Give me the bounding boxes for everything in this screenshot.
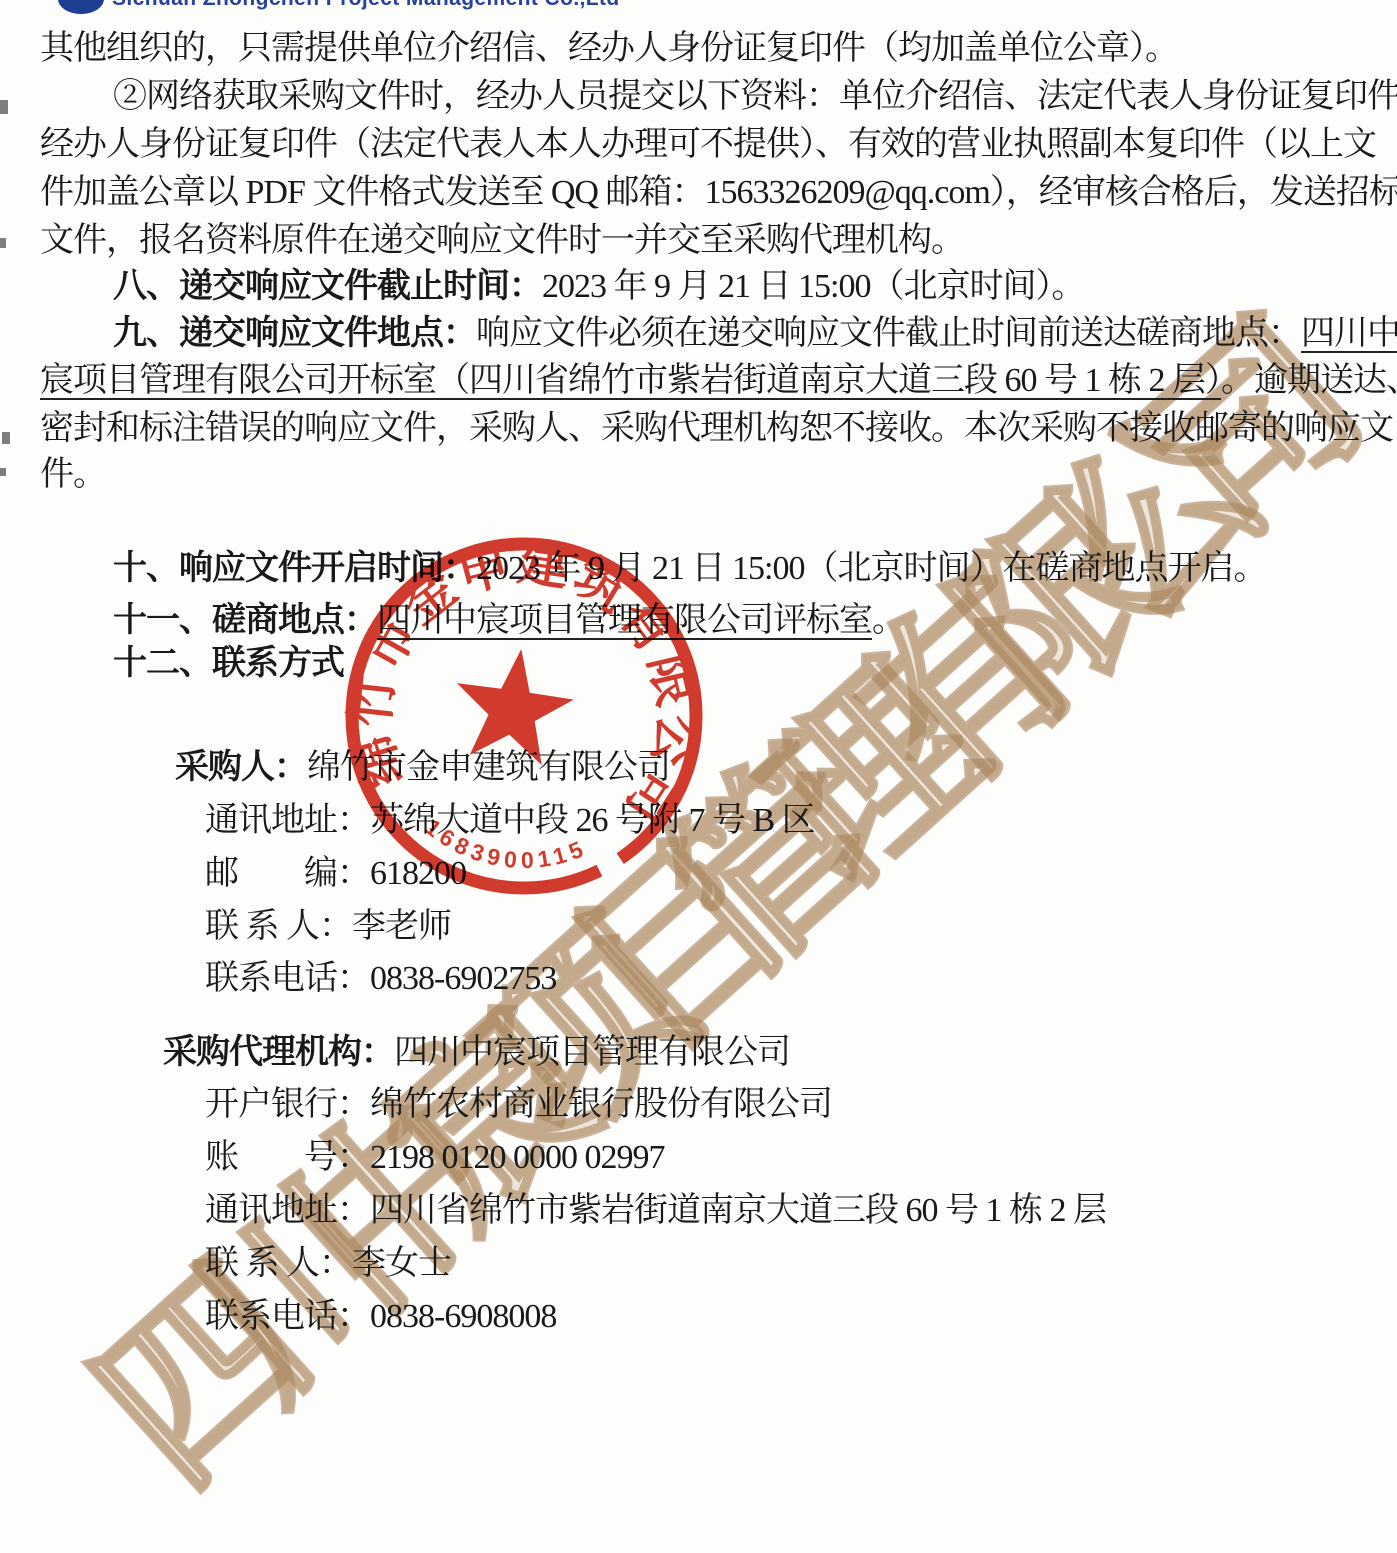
text-run: 文件，报名资料原件在递交响应文件时一并交至采购代理机构。 xyxy=(40,222,964,259)
text-run: 联 系 人：李老师 xyxy=(205,908,451,945)
clause-heading: 八、递交响应文件截止时间： xyxy=(113,268,542,305)
clause-12-contact: 十二、联系方式 xyxy=(40,641,344,687)
contact-line: 通讯地址：四川省绵竹市紫岩街道南京大道三段 60 号 1 栋 2 层 xyxy=(205,1188,1106,1234)
contact-line: 联 系 人：李老师 xyxy=(205,904,451,950)
company-logo xyxy=(58,0,104,14)
text-run: 。 xyxy=(872,602,905,639)
paragraph-line: 件。 xyxy=(40,452,106,498)
paragraph-line: 宸项目管理有限公司开标室（四川省绵竹市紫岩街道南京大道三段 60 号 1 栋 2… xyxy=(40,358,1397,404)
contact-line: 联 系 人：李女士 xyxy=(205,1241,451,1287)
scan-artifact xyxy=(2,432,10,444)
text-run: 件。 xyxy=(40,456,106,493)
text-run: 联系电话：0838-6908008 xyxy=(205,1298,556,1335)
text-run: 响应文件必须在递交响应文件截止时间前送达磋商地点： xyxy=(476,315,1301,352)
company-seal-stamp: 绵竹市金申建筑有限公司 516839001150 xyxy=(336,528,712,904)
paragraph-line: 文件，报名资料原件在递交响应文件时一并交至采购代理机构。 xyxy=(40,218,964,264)
seal-graphic: 绵竹市金申建筑有限公司 516839001150 xyxy=(336,528,712,904)
paragraph-line: 件加盖公章以 PDF 文件格式发送至 QQ 邮箱：1563326209@qq.c… xyxy=(40,170,1397,216)
scan-artifact xyxy=(0,468,6,476)
letterhead-company-english: Sichuan Zhongchen Project Management Co.… xyxy=(112,0,620,11)
paragraph-line: 密封和标注错误的响应文件，采购人、采购代理机构恕不接收。本次采购不接收邮寄的响应… xyxy=(40,406,1393,452)
paragraph-line: 经办人身份证复印件（法定代表人本人办理可不提供）、有效的营业执照副本复印件（以上… xyxy=(40,122,1376,168)
clause-heading: 九、递交响应文件地点： xyxy=(113,315,476,352)
text-run: ②网络获取采购文件时，经办人员提交以下资料：单位介绍信、法定代表人身份证复印件、 xyxy=(113,78,1397,115)
scan-artifact xyxy=(0,100,8,114)
clause-8-deadline: 八、递交响应文件截止时间：2023 年 9 月 21 日 15:00（北京时间）… xyxy=(40,264,1084,310)
text-run: 通讯地址：四川省绵竹市紫岩街道南京大道三段 60 号 1 栋 2 层 xyxy=(205,1192,1106,1229)
underlined-text: 四川中 xyxy=(1301,315,1397,352)
agency-line: 采购代理机构：四川中宸项目管理有限公司 xyxy=(163,1030,790,1076)
text-run: 其他组织的，只需提供单位介绍信、经办人身份证复印件（均加盖单位公章）。 xyxy=(40,30,1178,67)
field-label: 采购代理机构： xyxy=(163,1034,394,1071)
text-run: 2023 年 9 月 21 日 15:00（北京时间）。 xyxy=(542,268,1084,305)
contact-line: 联系电话：0838-6908008 xyxy=(205,1294,556,1340)
agency-name: 四川中宸项目管理有限公司 xyxy=(394,1034,790,1071)
field-label: 采购人： xyxy=(175,749,307,786)
text-run: 联系电话：0838-6902753 xyxy=(205,960,556,997)
text-run: 密封和标注错误的响应文件，采购人、采购代理机构恕不接收。本次采购不接收邮寄的响应… xyxy=(40,410,1393,447)
text-run: 账 号：2198 0120 0000 02997 xyxy=(205,1139,665,1176)
clause-9-location: 九、递交响应文件地点：响应文件必须在递交响应文件截止时间前送达磋商地点：四川中 xyxy=(40,311,1397,357)
scanned-document-page: Sichuan Zhongchen Project Management Co.… xyxy=(0,0,1397,1553)
text-run: 开户银行：绵竹农村商业银行股份有限公司 xyxy=(205,1086,832,1123)
contact-line: 联系电话：0838-6902753 xyxy=(205,956,556,1002)
underlined-text: 宸项目管理有限公司开标室（四川省绵竹市紫岩街道南京大道三段 60 号 1 栋 2… xyxy=(40,362,1221,399)
contact-line: 开户银行：绵竹农村商业银行股份有限公司 xyxy=(205,1082,832,1128)
clause-heading: 十二、联系方式 xyxy=(113,645,344,682)
seal-star-icon xyxy=(447,641,579,769)
scan-artifact xyxy=(0,238,6,248)
text-run: 。逾期送达、 xyxy=(1221,362,1397,399)
paragraph-line: ②网络获取采购文件时，经办人员提交以下资料：单位介绍信、法定代表人身份证复印件、 xyxy=(40,74,1397,120)
paragraph-line: 其他组织的，只需提供单位介绍信、经办人身份证复印件（均加盖单位公章）。 xyxy=(40,26,1178,72)
text-run: 联 系 人：李女士 xyxy=(205,1245,451,1282)
text-run: 件加盖公章以 PDF 文件格式发送至 QQ 邮箱：1563326209@qq.c… xyxy=(40,174,1397,211)
contact-line: 账 号：2198 0120 0000 02997 xyxy=(205,1135,665,1181)
text-run: 经办人身份证复印件（法定代表人本人办理可不提供）、有效的营业执照副本复印件（以上… xyxy=(40,126,1376,163)
